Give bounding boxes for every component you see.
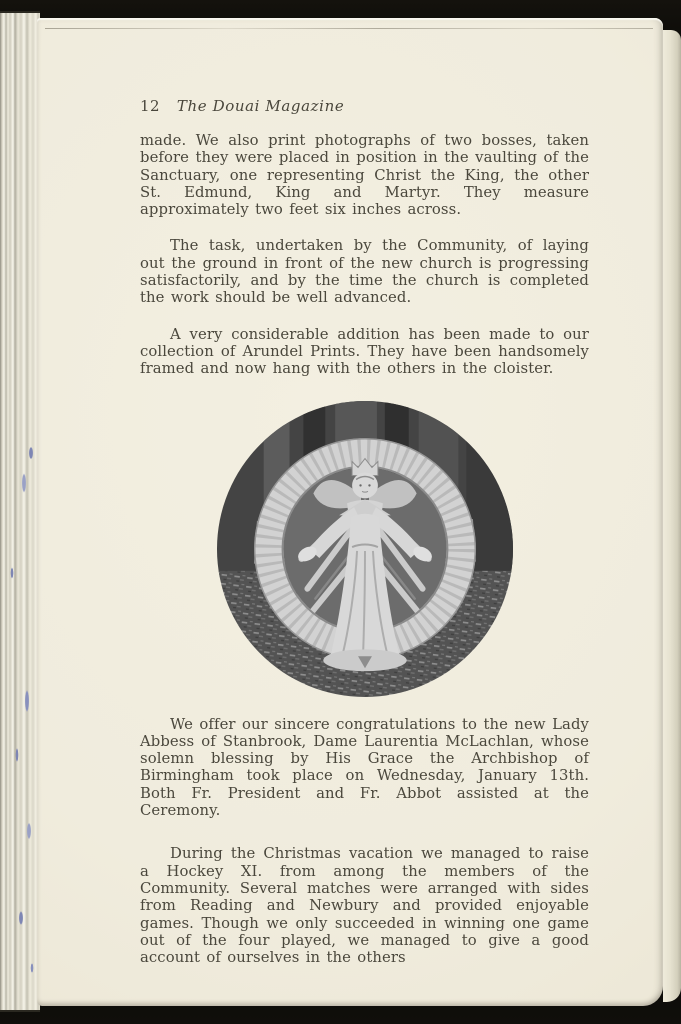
page-edges-stack (0, 13, 40, 1010)
adjacent-page-edge (663, 30, 681, 1002)
paragraph-1: made. We also print photographs of two b… (140, 132, 589, 218)
running-header: 12 The Douai Magazine (140, 97, 589, 115)
paragraph-5: During the Christmas vacation we managed… (140, 845, 589, 966)
page-body: made. We also print photographs of two b… (140, 132, 589, 966)
boss-photo-image (216, 400, 514, 698)
page-number: 12 (140, 97, 160, 115)
carved-boss-photograph (216, 400, 514, 698)
book-scan: 12 The Douai Magazine made. We also prin… (0, 0, 681, 1024)
magazine-title: The Douai Magazine (177, 97, 344, 115)
paragraph-4: We offer our sincere congratulations to … (140, 716, 589, 820)
book-page: 12 The Douai Magazine made. We also prin… (37, 18, 663, 1006)
paragraph-3: A very considerable addition has been ma… (140, 326, 589, 378)
paragraph-2: The task, undertaken by the Community, o… (140, 237, 589, 306)
